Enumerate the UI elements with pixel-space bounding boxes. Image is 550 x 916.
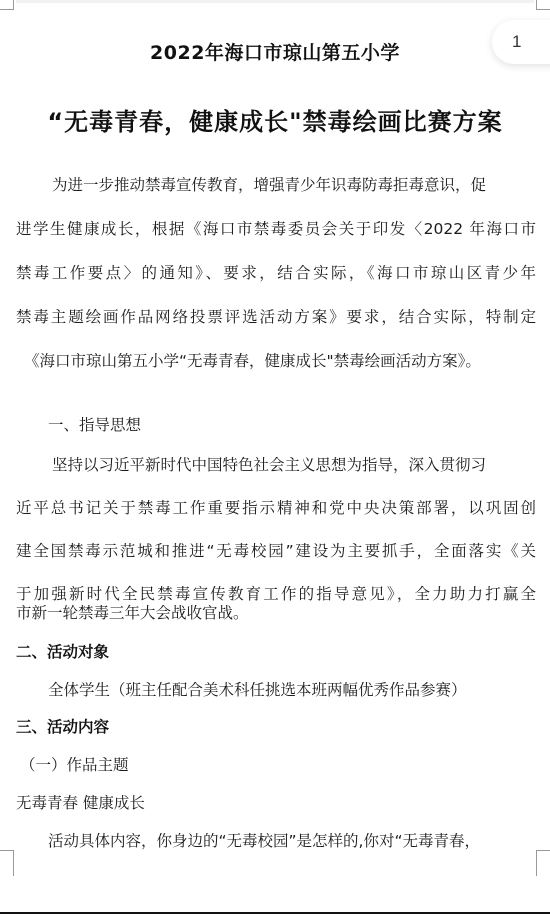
crop-mark-bottom-right (536, 850, 550, 876)
document-title-main: “无毒青春，健康成长"禁毒绘画比赛方案 (0, 102, 550, 137)
section3-theme: 无毒青春 健康成长 (16, 792, 536, 814)
section2-heading: 二、活动对象 (16, 641, 536, 663)
intro-line-1: 为进一步推动禁毒宣传教育，增强青少年识毒防毒拒毒意识，促 (16, 174, 536, 196)
document-title-school: 2022年海口市琼山第五小学 (0, 38, 550, 65)
crop-mark-bottom-left (0, 850, 14, 876)
section1-line-5: 市新一轮禁毒三年大会战收官战。 (16, 602, 536, 624)
crop-mark-top-right (536, 0, 550, 10)
section3-line-1: 活动具体内容，你身边的“无毒校园”是怎样的,你对“无毒青春， (48, 830, 550, 852)
crop-mark-top-left (0, 0, 14, 10)
section1-line-1: 坚持以习近平新时代中国特色社会主义思想为指导，深入贯彻习 (16, 454, 536, 476)
section3-heading: 三、活动内容 (16, 716, 536, 738)
section1-line-3: 建全国禁毒示范城和推进“无毒校园”建设为主要抓手，全面落实《关 (16, 540, 536, 562)
intro-line-5: 《海口市琼山第五小学“无毒青春，健康成长"禁毒绘画活动方案》。 (24, 350, 544, 372)
intro-line-2: 进学生健康成长，根据《海口市禁毒委员会关于印发〈2022 年海口市 (16, 218, 536, 240)
section3-subheading: （一）作品主题 (20, 754, 540, 776)
section1-heading: 一、指导思想 (48, 414, 550, 436)
section2-line-1: 全体学生（班主任配合美术科任挑选本班两幅优秀作品参赛） (48, 679, 550, 701)
document-page: 1 2022年海口市琼山第五小学 “无毒青春，健康成长"禁毒绘画比赛方案 为进一… (0, 0, 550, 914)
section1-line-2: 近平总书记关于禁毒工作重要指示精神和党中央决策部署，以巩固创 (16, 497, 536, 519)
intro-line-4: 禁毒主题绘画作品网络投票评选活动方案》要求，结合实际，特制定 (16, 306, 536, 328)
page-top-edge (16, 0, 534, 3)
intro-line-3: 禁毒工作要点〉的通知》、要求，结合实际，《海口市琼山区青少年 (16, 262, 536, 284)
